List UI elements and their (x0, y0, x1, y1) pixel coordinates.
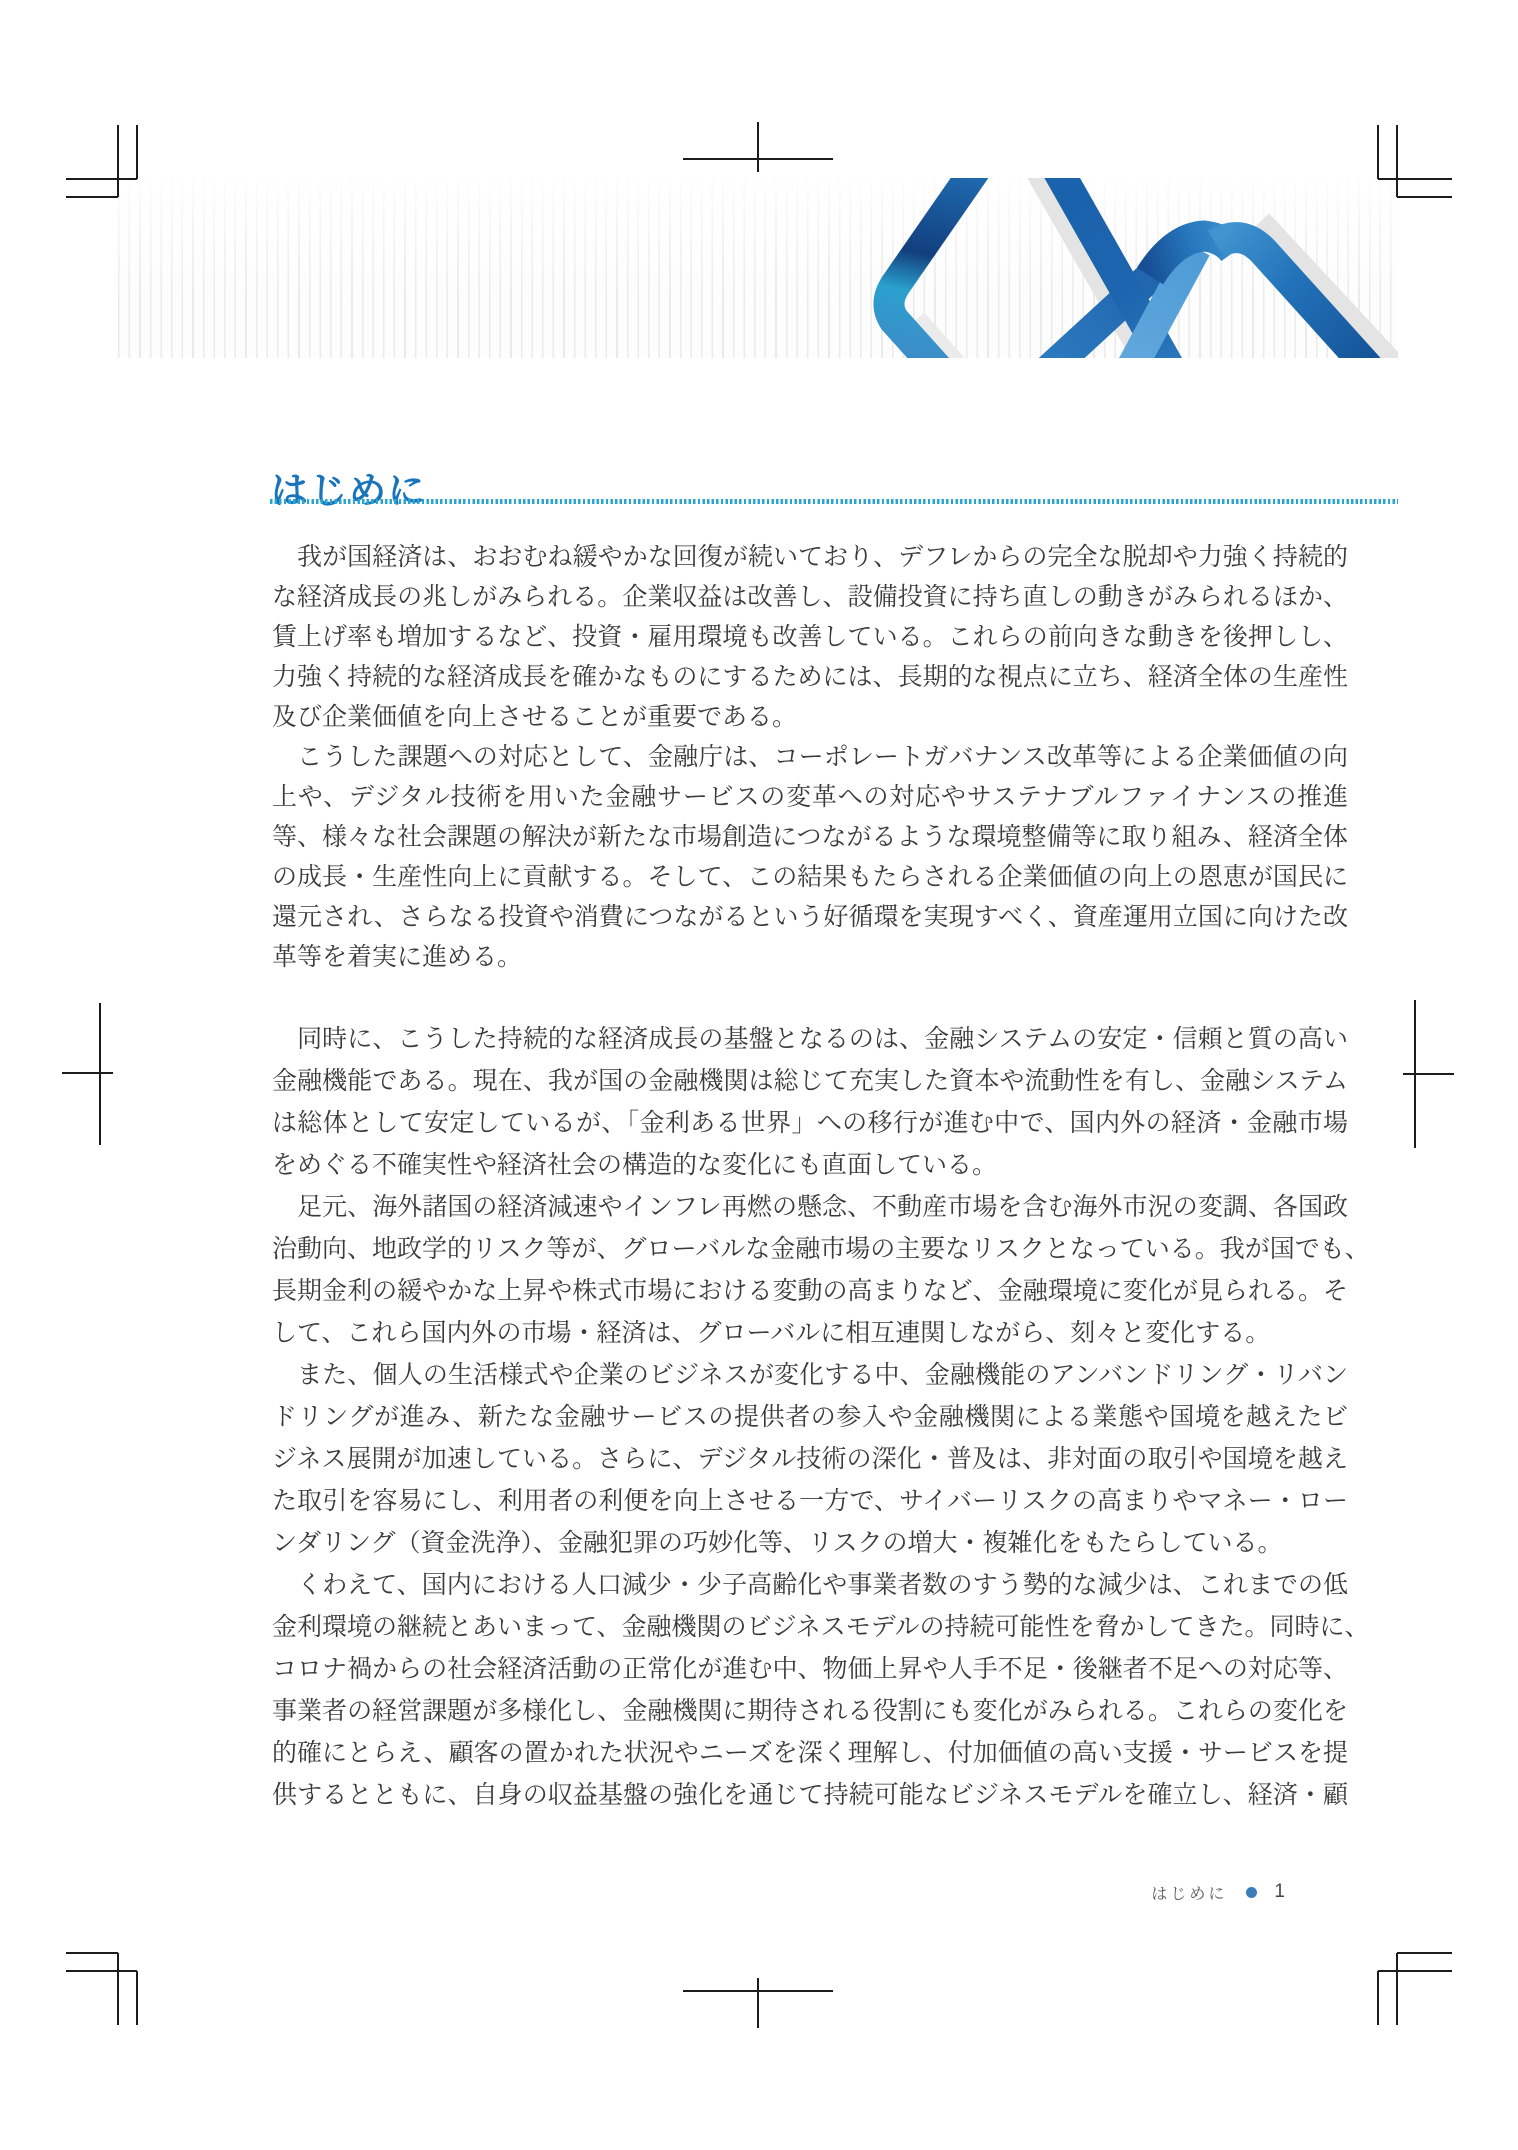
paragraph: 我が国経済は、おおむね緩やかな回復が続いており、デフレからの完全な脱却や力強く持… (272, 537, 1348, 737)
text-line: 革等を着実に進める。 (272, 937, 1348, 977)
trim-mark (1396, 125, 1398, 197)
text-line: 還元され、さらなる投資や消費につながるという好循環を実現すべく、資産運用立国に向… (272, 897, 1348, 937)
text-line: をめぐる不確実性や経済社会の構造的な変化にも直面している。 (272, 1144, 1348, 1186)
text-line: 供するとともに、自身の収益基盤の強化を通じて持続可能なビジネスモデルを確立し、経… (272, 1774, 1348, 1816)
text-line: 賃上げ率も増加するなど、投資・雇用環境も改善している。これらの前向きな動きを後押… (272, 617, 1348, 657)
paragraph: 同時に、こうした持続的な経済成長の基盤となるのは、金融システムの安定・信頼と質の… (272, 1018, 1348, 1186)
text-line: コロナ禍からの社会経済活動の正常化が進む中、物価上昇や人手不足・後継者不足への対… (272, 1648, 1348, 1690)
text-line: 治動向、地政学的リスク等が、グローバルな金融市場の主要なリスクとなっている。我が… (272, 1228, 1348, 1270)
trim-mark (1403, 1073, 1454, 1075)
trim-mark (1378, 1970, 1452, 1972)
trim-mark (66, 196, 118, 198)
footer-page-number: 1 (1274, 1881, 1286, 1903)
trim-mark (66, 1970, 137, 1972)
trim-mark (757, 1978, 759, 2028)
text-line: 金利環境の継続とあいまって、金融機関のビジネスモデルの持続可能性を脅かしてきた。… (272, 1606, 1348, 1648)
paragraph: 足元、海外諸国の経済減速やインフレ再燃の懸念、不動産市場を含む海外市況の変調、各… (272, 1186, 1348, 1354)
trim-mark (99, 1003, 101, 1145)
text-line: 足元、海外諸国の経済減速やインフレ再燃の懸念、不動産市場を含む海外市況の変調、各… (272, 1186, 1348, 1228)
trim-mark (136, 1971, 138, 2025)
text-line: また、個人の生活様式や企業のビジネスが変化する中、金融機能のアンバンドリング・リ… (272, 1354, 1348, 1396)
text-line: 我が国経済は、おおむね緩やかな回復が続いており、デフレからの完全な脱却や力強く持… (272, 537, 1348, 577)
text-line: 事業者の経営課題が多様化し、金融機関に期待される役割にも変化がみられる。これらの… (272, 1690, 1348, 1732)
text-line: ドリングが進み、新たな金融サービスの提供者の参入や金融機関による業態や国境を越え… (272, 1396, 1348, 1438)
trim-mark (1396, 1953, 1398, 2025)
text-line: た取引を容易にし、利用者の利便を向上させる一方で、サイバーリスクの高まりやマネー… (272, 1480, 1348, 1522)
text-line: こうした課題への対応として、金融庁は、コーポレートガバナンス改革等による企業価値… (272, 737, 1348, 777)
trim-mark (1377, 125, 1379, 179)
document-page: { "heading": { "text": "はじめに" }, "conten… (0, 0, 1518, 2150)
text-line: 同時に、こうした持続的な経済成長の基盤となるのは、金融システムの安定・信頼と質の… (272, 1018, 1348, 1060)
page-title: はじめに (271, 469, 427, 513)
trim-mark (1397, 1952, 1452, 1954)
paragraph: こうした課題への対応として、金融庁は、コーポレートガバナンス改革等による企業価値… (272, 737, 1348, 977)
paragraph: また、個人の生活様式や企業のビジネスが変化する中、金融機能のアンバンドリング・リ… (272, 1354, 1348, 1564)
text-line: 金融機能である。現在、我が国の金融機関は総じて充実した資本や流動性を有し、金融シ… (272, 1060, 1348, 1102)
trim-mark (117, 1953, 119, 2025)
text-line: 長期金利の緩やかな上昇や株式市場における変動の高まりなど、金融環境に変化が見られ… (272, 1270, 1348, 1312)
text-line: 等、様々な社会課題の解決が新たな市場創造につながるような環境整備等に取り組み、経… (272, 817, 1348, 857)
text-line: の成長・生産性向上に貢献する。そして、この結果もたらされる企業価値の向上の恩恵が… (272, 857, 1348, 897)
text-line: な経済成長の兆しがみられる。企業収益は改善し、設備投資に持ち直しの動きがみられる… (272, 577, 1348, 617)
text-line: 及び企業価値を向上させることが重要である。 (272, 697, 1348, 737)
trim-mark (1414, 1000, 1416, 1148)
trim-mark (117, 125, 119, 197)
paragraph: くわえて、国内における人口減少・少子高齢化や事業者数のすう勢的な減少は、これまで… (272, 1564, 1348, 1816)
trim-mark (1397, 196, 1452, 198)
text-line: 的確にとらえ、顧客の置かれた状況やニーズを深く理解し、付加価値の高い支援・サービ… (272, 1732, 1348, 1774)
trim-mark (66, 1952, 118, 1954)
trim-mark (757, 122, 759, 172)
text-line: して、これら国内外の市場・経済は、グローバルに相互連関しながら、刻々と変化する。 (272, 1312, 1348, 1354)
text-line: ジネス展開が加速している。さらに、デジタル技術の深化・普及は、非対面の取引や国境… (272, 1438, 1348, 1480)
body-text-block-2: 同時に、こうした持続的な経済成長の基盤となるのは、金融システムの安定・信頼と質の… (272, 1018, 1348, 1816)
footer-dot-icon (1246, 1887, 1257, 1898)
trim-mark (1378, 178, 1452, 180)
body-text-block-1: 我が国経済は、おおむね緩やかな回復が続いており、デフレからの完全な脱却や力強く持… (272, 537, 1348, 977)
heading-dotted-rule (270, 499, 1398, 504)
fsa-ribbon-logo (118, 178, 1398, 358)
text-line: くわえて、国内における人口減少・少子高齢化や事業者数のすう勢的な減少は、これまで… (272, 1564, 1348, 1606)
header-banner (118, 178, 1398, 358)
trim-mark (136, 125, 138, 179)
text-line: ンダリング（資金洗浄）、金融犯罪の巧妙化等、リスクの増大・複雑化をもたらしている… (272, 1522, 1348, 1564)
page-footer: はじめに 1 (1151, 1878, 1286, 1906)
text-line: 上や、デジタル技術を用いた金融サービスの変革への対応やサステナブルファイナンスの… (272, 777, 1348, 817)
trim-mark (66, 178, 137, 180)
trim-mark (1377, 1971, 1379, 2025)
footer-section-label: はじめに (1151, 1881, 1227, 1904)
text-line: は総体として安定しているが、「金利ある世界」への移行が進む中で、国内外の経済・金… (272, 1102, 1348, 1144)
trim-mark (62, 1072, 113, 1074)
text-line: 力強く持続的な経済成長を確かなものにするためには、長期的な視点に立ち、経済全体の… (272, 657, 1348, 697)
